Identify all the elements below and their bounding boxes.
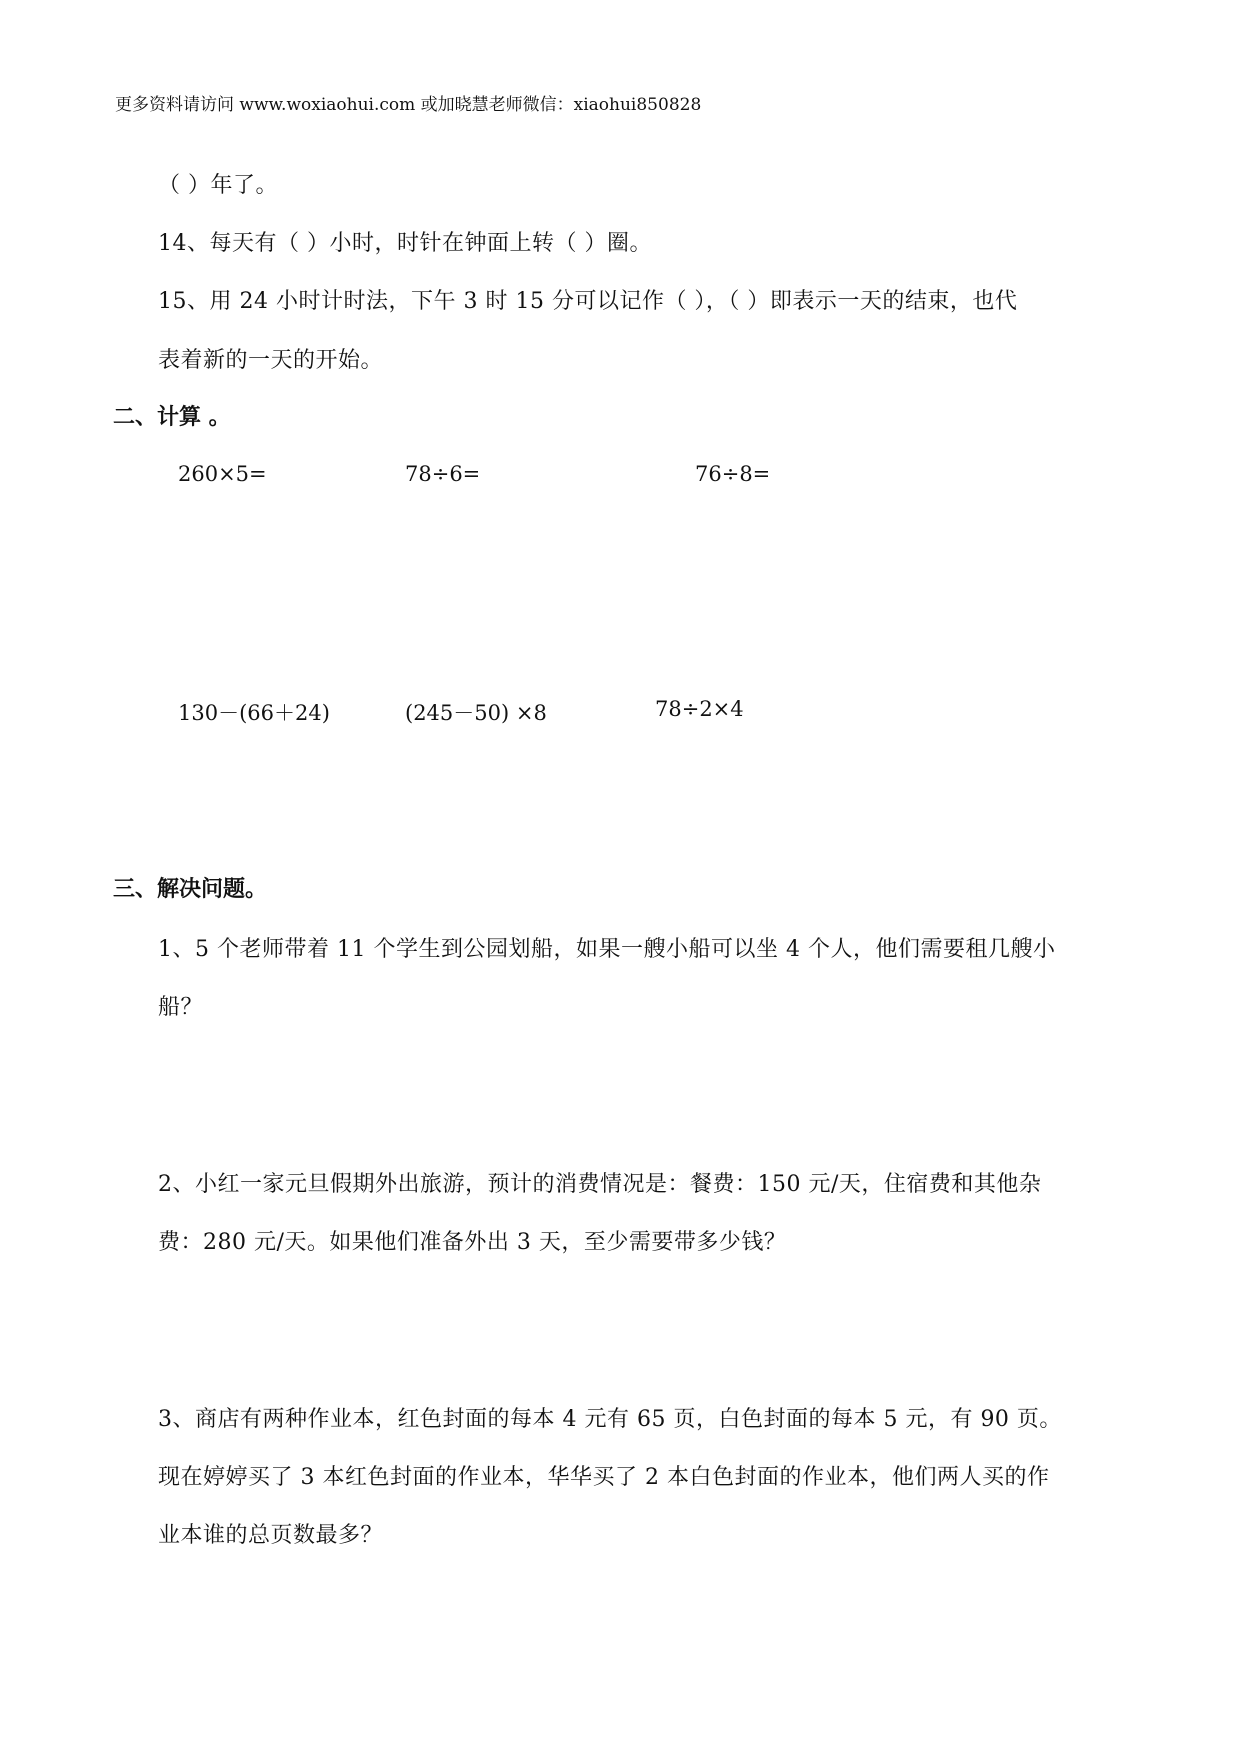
problem-3-line-1: 3、商店有两种作业本，红色封面的每本 4 元有 65 页，白色封面的每本 5 元…	[158, 1402, 1062, 1433]
problem-1-line-1: 1、5 个老师带着 11 个学生到公园划船，如果一艘小船可以坐 4 个人，他们需…	[158, 932, 1055, 963]
question-15-line-2: 表着新的一天的开始。	[158, 343, 383, 374]
question-14: 14、每天有（ ）小时，时针在钟面上转（ ）圈。	[158, 226, 652, 257]
section-3-heading: 三、解决问题。	[113, 872, 267, 903]
question-15-line-1: 15、用 24 小时计时法，下午 3 时 15 分可以记作（ ），（ ）即表示一…	[158, 284, 1017, 315]
calc-4: 130－(66＋24)	[178, 697, 330, 727]
problem-3-line-3: 业本谁的总页数最多？	[158, 1518, 383, 1549]
problem-3-line-2: 现在婷婷买了 3 本红色封面的作业本，华华买了 2 本白色封面的作业本，他们两人…	[158, 1460, 1049, 1491]
question-13-tail: （ ）年了。	[158, 168, 278, 199]
calc-2: 78÷6=	[405, 462, 480, 486]
problem-2-line-1: 2、小红一家元旦假期外出旅游，预计的消费情况是：餐费：150 元/天，住宿费和其…	[158, 1167, 1041, 1198]
calc-6: 78÷2×4	[655, 697, 744, 721]
problem-1-line-2: 船？	[158, 990, 203, 1021]
section-2-heading: 二、计算 。	[113, 400, 231, 431]
calc-5: (245－50) ×8	[405, 697, 547, 727]
calc-1: 260×5=	[178, 462, 267, 486]
problem-2-line-2: 费：280 元/天。如果他们准备外出 3 天，至少需要带多少钱？	[158, 1225, 786, 1256]
page-header-watermark: 更多资料请访问 www.woxiaohui.com 或加晓慧老师微信：xiaoh…	[115, 90, 701, 115]
calc-3: 76÷8=	[695, 462, 770, 486]
